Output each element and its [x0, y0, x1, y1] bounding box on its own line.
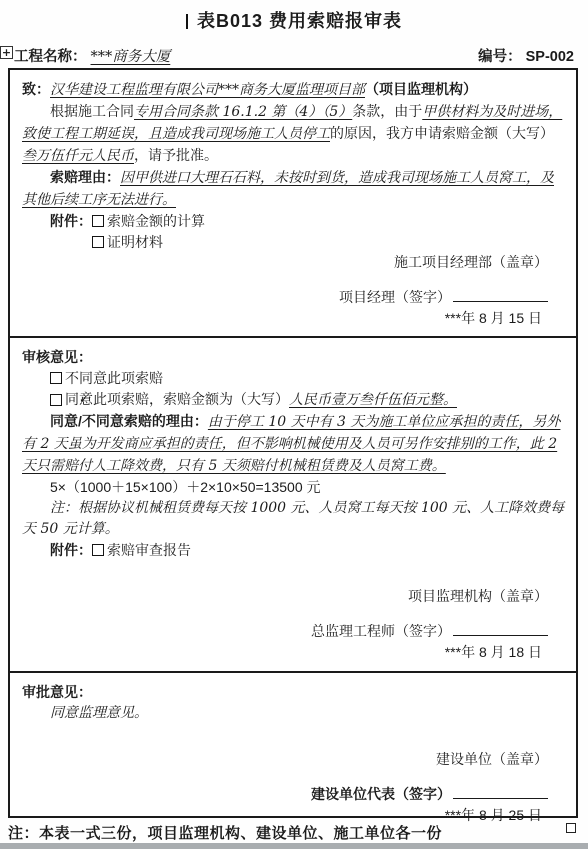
project-name-value: ***商务大厦	[91, 49, 171, 65]
supervisor-date-line: ***年 8 月 18 日	[311, 642, 542, 662]
signature-blank[interactable]	[453, 785, 548, 799]
option-disagree: 不同意此项索赔	[22, 368, 566, 389]
contractor-sign-line: 项目经理（签字）	[339, 287, 548, 307]
calculation-formula: 5×（1000＋15×100）＋2×10×50=13500 元	[22, 477, 566, 498]
form-title: 表B013 费用索赔报审表	[0, 7, 588, 33]
contractor-signature-block: 施工项目经理部（盖章） 项目经理（签字） ***年 8 月 15 日	[339, 252, 548, 328]
approval-heading: 审批意见：	[22, 682, 566, 703]
bottom-note-text: 注：本表一式三份，项目监理机构、建设单位、施工单位各一份	[8, 825, 442, 842]
attachment-option-label: 索赔金额的计算	[107, 213, 205, 229]
contractor-stamp-line: 施工项目经理部（盖章）	[339, 252, 548, 272]
approval-comment: 同意监理意见。	[22, 703, 566, 724]
form-number-value: SP-002	[526, 49, 574, 65]
bottom-note: 注：本表一式三份，项目监理机构、建设单位、施工单位各一份	[8, 822, 442, 843]
attachments-label: 附件：	[50, 542, 92, 558]
to-label: 致：	[22, 81, 50, 97]
unchecked-checkbox[interactable]	[50, 372, 62, 384]
table-move-handle-icon[interactable]: +	[0, 46, 13, 59]
sign-label: 建设单位代表（签字）	[311, 786, 451, 802]
option-agree-label: 同意此项索赔，索赔金额为（大写）	[65, 391, 289, 407]
signature-blank[interactable]	[453, 288, 548, 302]
client-sign-line: 建设单位代表（签字）	[311, 784, 548, 804]
sign-label: 总监理工程师（签字）	[311, 623, 451, 639]
to-suffix: （项目监理机构）	[365, 81, 477, 97]
section-approval-opinion: 审批意见： 同意监理意见。 建设单位（盖章） 建设单位代表（签字） ***年 8…	[10, 673, 576, 814]
supervisor-stamp-line: 项目监理机构（盖章）	[311, 586, 548, 606]
contract-clause-ref: 专用合同条款 16.1.2 第（4）（5）	[134, 104, 352, 120]
option-agree: ✓同意此项索赔，索赔金额为（大写）人民币壹万叁仟伍佰元整。	[22, 389, 566, 411]
review-attachments-line: 附件：索赔审查报告	[22, 540, 566, 561]
unchecked-checkbox[interactable]	[92, 215, 104, 227]
table-resize-handle[interactable]	[566, 823, 576, 833]
supervisor-sign-line: 总监理工程师（签字）	[311, 621, 548, 641]
project-name-line: 工程名称： ***商务大厦	[14, 45, 170, 66]
form-number-line: 编号： SP-002	[478, 45, 574, 66]
page-container: 表B013 费用索赔报审表 + 工程名称： ***商务大厦 编号： SP-002…	[0, 0, 588, 849]
form-number-label: 编号：	[478, 49, 522, 65]
review-heading: 审核意见：	[22, 347, 566, 368]
scan-artifact-bar	[0, 843, 588, 849]
para-tail: ，请予批准。	[134, 147, 218, 163]
signature-blank[interactable]	[453, 622, 548, 636]
para-lead: 根据施工合同	[50, 103, 134, 119]
review-reason-paragraph: 同意/不同意索赔的理由：由于停工 10 天中有 3 天为施工单位应承担的责任，另…	[22, 411, 566, 477]
attachment-option-evidence: 证明材料	[92, 232, 205, 253]
attachments-label: 附件：	[50, 211, 92, 253]
claim-reason-paragraph: 索赔理由：因甲供进口大理石石料，未按时到货，造成我司现场施工人员窝工，及其他后续…	[22, 167, 566, 211]
attachments-block: 附件： 索赔金额的计算 证明材料	[50, 211, 566, 253]
form-header-row: 工程名称： ***商务大厦 编号： SP-002	[14, 45, 574, 66]
calculation-note: 注：根据协议机械租赁费每天按 1000 元、人员窝工每天按 100 元、人工降效…	[22, 498, 566, 540]
claim-reason-label: 索赔理由：	[50, 169, 120, 185]
to-line: 致：汉华建设工程监理有限公司***商务大厦监理项目部（项目监理机构）	[22, 79, 566, 101]
check-icon: ✓	[79, 392, 89, 406]
unchecked-checkbox[interactable]	[92, 544, 104, 556]
attachments-options: 索赔金额的计算 证明材料	[92, 211, 205, 253]
review-reason-label: 同意/不同意索赔的理由：	[50, 413, 208, 429]
sign-label: 项目经理（签字）	[339, 289, 451, 305]
approved-amount-words: 人民币壹万叁仟伍佰元整。	[289, 392, 457, 408]
supervisor-signature-block: 项目监理机构（盖章） 总监理工程师（签字） ***年 8 月 18 日	[311, 586, 548, 662]
client-stamp-line: 建设单位（盖章）	[311, 749, 548, 769]
project-name-label: 工程名称：	[14, 49, 87, 65]
supervision-org-name: 汉华建设工程监理有限公司***商务大厦监理项目部	[50, 82, 365, 98]
section-review-opinion: 审核意见： 不同意此项索赔 ✓同意此项索赔，索赔金额为（大写）人民币壹万叁仟伍佰…	[10, 338, 576, 673]
attachment-option-calculation: 索赔金额的计算	[92, 211, 205, 232]
checked-checkbox[interactable]: ✓	[50, 394, 62, 406]
attachment-option-label: 证明材料	[107, 234, 163, 250]
para-mid1: 条款，由于	[352, 103, 422, 119]
application-paragraph: 根据施工合同专用合同条款 16.1.2 第（4）（5）条款，由于甲供材料为及时进…	[22, 101, 566, 167]
claim-form-table: 致：汉华建设工程监理有限公司***商务大厦监理项目部（项目监理机构） 根据施工合…	[8, 68, 578, 818]
para-mid2: 的原因，我方申请索赔金额（大写）	[330, 125, 554, 141]
contractor-date-line: ***年 8 月 15 日	[339, 308, 542, 328]
text-cursor-icon	[186, 14, 188, 29]
client-signature-block: 建设单位（盖章） 建设单位代表（签字） ***年 8 月 25 日	[311, 749, 548, 825]
option-disagree-label: 不同意此项索赔	[65, 370, 163, 386]
unchecked-checkbox[interactable]	[92, 236, 104, 248]
form-title-text: 表B013 费用索赔报审表	[197, 11, 402, 31]
claim-amount-words: 叁万伍仟元人民币	[22, 148, 134, 164]
attachment-option-label: 索赔审查报告	[107, 542, 191, 558]
section-contractor-application: 致：汉华建设工程监理有限公司***商务大厦监理项目部（项目监理机构） 根据施工合…	[10, 70, 576, 338]
